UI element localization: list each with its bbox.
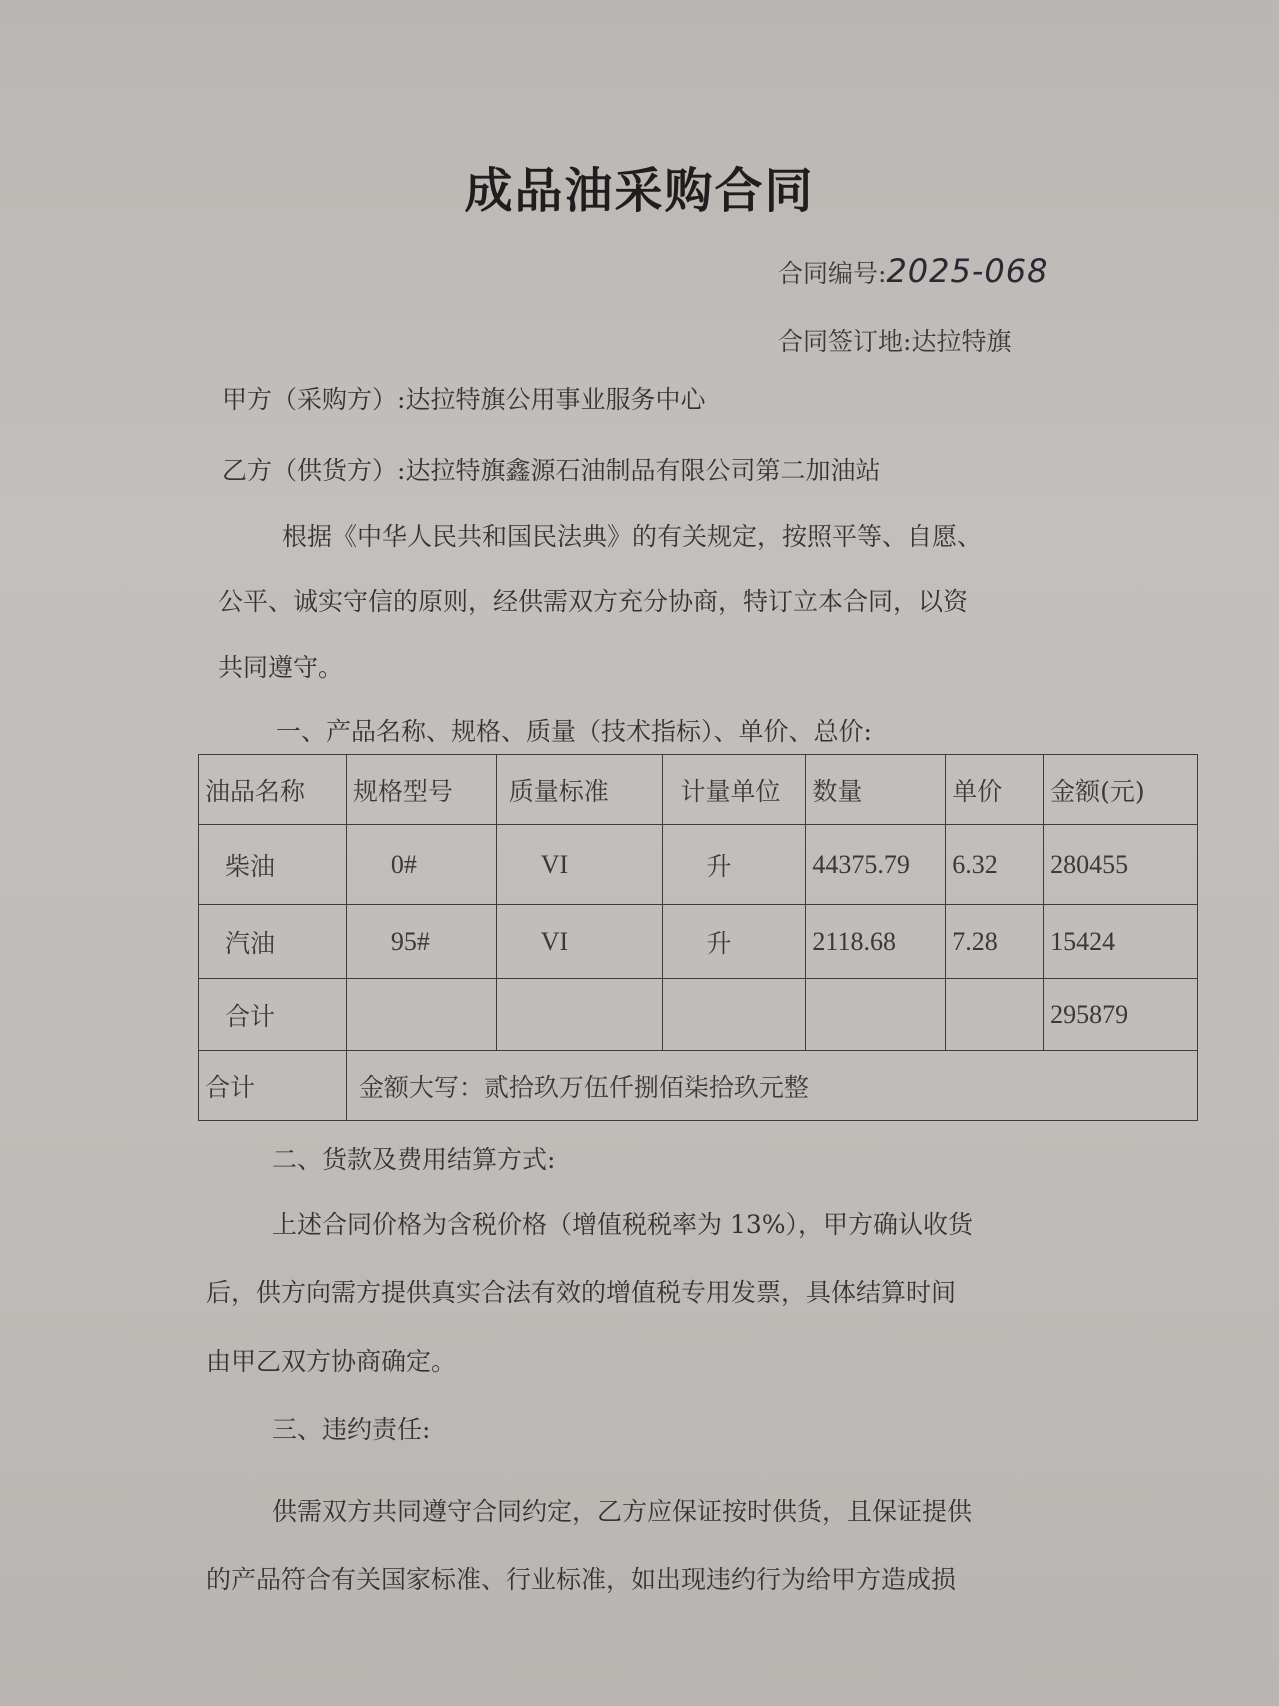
- cell-spec: 95#: [346, 905, 496, 979]
- cell-product: 柴油: [199, 825, 347, 905]
- contract-number: 合同编号:2025-068: [778, 252, 1049, 290]
- header-cell: 计量单位: [662, 755, 806, 825]
- contract-number-handwritten: 2025-068: [886, 252, 1048, 290]
- cell-unit-price: 7.28: [946, 905, 1044, 979]
- signing-place-label: 合同签订地:: [778, 327, 911, 356]
- party-a-label: 甲方（采购方）:: [222, 385, 405, 414]
- document-title: 成品油采购合同: [0, 152, 1279, 221]
- cell-total-label: 合计: [199, 1051, 347, 1121]
- table-total-words-row: 合计 金额大写：贰拾玖万伍仟捌佰柒拾玖元整: [199, 1051, 1198, 1121]
- header-cell: 质量标准: [496, 755, 662, 825]
- cell-unit: 升: [662, 825, 806, 905]
- section-2-line-2: 后，供方向需方提供真实合法有效的增值税专用发票，具体结算时间: [206, 1273, 956, 1309]
- cell-total-in-words: 金额大写：贰拾玖万伍仟捌佰柒拾玖元整: [346, 1051, 1197, 1121]
- intro-line-1: 根据《中华人民共和国民法典》的有关规定，按照平等、自愿、: [282, 517, 982, 553]
- section-2-line-1: 上述合同价格为含税价格（增值税税率为 13%），甲方确认收货: [272, 1205, 973, 1241]
- cell-empty: [946, 979, 1044, 1051]
- cell-quantity: 44375.79: [806, 825, 946, 905]
- cell-unit-price: 6.32: [946, 825, 1044, 905]
- table-row: 汽油 95# VI 升 2118.68 7.28 15424: [199, 905, 1198, 979]
- section-3-heading: 三、违约责任:: [272, 1410, 430, 1446]
- cell-standard: VI: [496, 825, 662, 905]
- party-b: 乙方（供货方）:达拉特旗鑫源石油制品有限公司第二加油站: [222, 451, 880, 487]
- header-cell: 油品名称: [199, 755, 347, 825]
- table-header-row: 油品名称 规格型号 质量标准 计量单位 数量 单价 金额(元): [199, 755, 1198, 825]
- header-cell: 规格型号: [346, 755, 496, 825]
- section-2-line-3: 由甲乙双方协商确定。: [206, 1342, 456, 1378]
- header-cell: 金额(元): [1044, 755, 1198, 825]
- intro-line-2: 公平、诚实守信的原则，经供需双方充分协商，特订立本合同，以资: [218, 582, 968, 618]
- cell-empty: [806, 979, 946, 1051]
- header-cell: 单价: [946, 755, 1044, 825]
- cell-spec: 0#: [346, 825, 496, 905]
- contract-page: 成品油采购合同 合同编号:2025-068 合同签订地:达拉特旗 甲方（采购方）…: [0, 0, 1279, 1706]
- cell-quantity: 2118.68: [806, 905, 946, 979]
- cell-total-amount: 295879: [1044, 979, 1198, 1051]
- table-subtotal-row: 合计 295879: [199, 979, 1198, 1051]
- cell-unit: 升: [662, 905, 806, 979]
- cell-subtotal-label: 合计: [199, 979, 347, 1051]
- cell-empty: [346, 979, 496, 1051]
- section-3-line-2: 的产品符合有关国家标准、行业标准，如出现违约行为给甲方造成损: [206, 1560, 956, 1596]
- party-a-value: 达拉特旗公用事业服务中心: [405, 385, 705, 414]
- cell-amount: 280455: [1044, 825, 1198, 905]
- cell-empty: [662, 979, 806, 1051]
- table-row: 柴油 0# VI 升 44375.79 6.32 280455: [199, 825, 1198, 905]
- header-cell: 数量: [806, 755, 946, 825]
- party-a: 甲方（采购方）:达拉特旗公用事业服务中心: [222, 380, 705, 416]
- intro-line-3: 共同遵守。: [218, 648, 343, 684]
- cell-empty: [496, 979, 662, 1051]
- signing-place-value: 达拉特旗: [911, 327, 1011, 356]
- section-1-heading: 一、产品名称、规格、质量（技术指标）、单价、总价:: [276, 712, 872, 748]
- section-2-heading: 二、货款及费用结算方式:: [272, 1140, 555, 1176]
- signing-place: 合同签订地:达拉特旗: [778, 322, 1011, 358]
- goods-table: 油品名称 规格型号 质量标准 计量单位 数量 单价 金额(元) 柴油 0# VI…: [198, 754, 1198, 1121]
- party-b-label: 乙方（供货方）:: [222, 456, 405, 485]
- cell-standard: VI: [496, 905, 662, 979]
- cell-amount: 15424: [1044, 905, 1198, 979]
- section-3-line-1: 供需双方共同遵守合同约定，乙方应保证按时供货，且保证提供: [272, 1492, 972, 1528]
- party-b-value: 达拉特旗鑫源石油制品有限公司第二加油站: [405, 456, 880, 485]
- contract-number-label: 合同编号:: [778, 259, 886, 288]
- cell-product: 汽油: [199, 905, 347, 979]
